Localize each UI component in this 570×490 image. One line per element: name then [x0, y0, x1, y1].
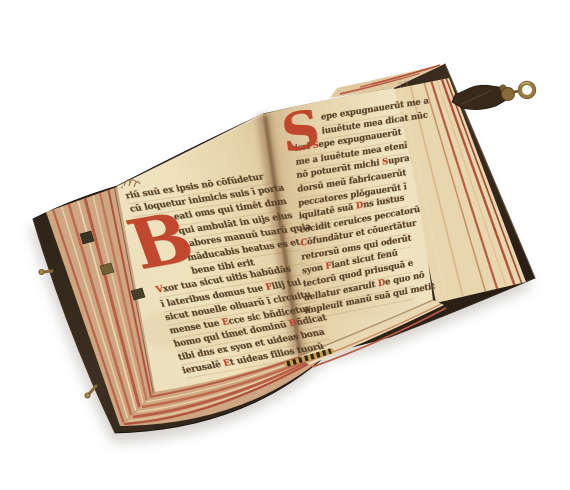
- drop-cap-s: S: [279, 105, 322, 159]
- clasp-ring: [520, 83, 534, 97]
- clasp: [452, 81, 536, 109]
- photo-stage: 73 B riū suū ex ipsis nō cōfūdeturcū loq…: [0, 0, 570, 490]
- clasp-boss: [502, 88, 515, 101]
- right-page-text: S epe expugnauerūt me aiuuētute mea dica…: [293, 100, 414, 320]
